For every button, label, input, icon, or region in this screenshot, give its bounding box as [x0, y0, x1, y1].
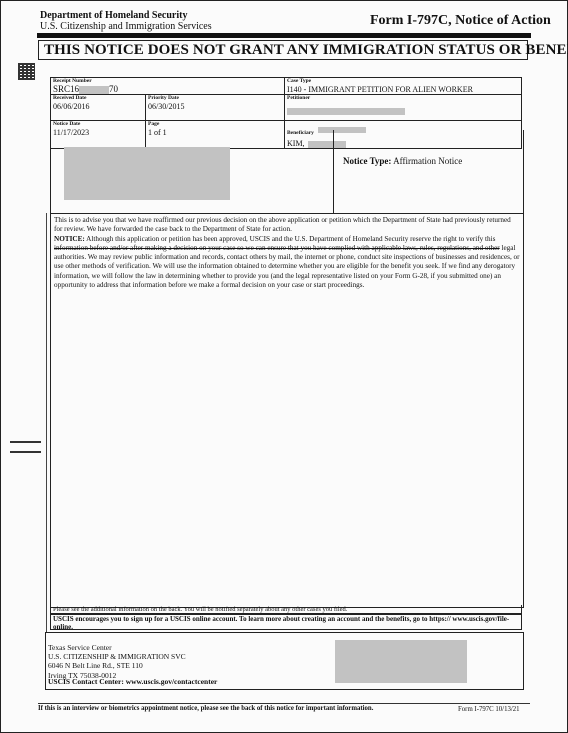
priority-date-cell: Priority Date 06/30/2015: [146, 95, 285, 121]
notice-type-value: Affirmation Notice: [393, 156, 462, 166]
received-date-cell: Received Date 06/06/2016: [51, 95, 146, 121]
notice-body: This is to advise you that we have reaff…: [54, 216, 520, 290]
receipt-number-cell: Receipt Number SRC1670: [51, 78, 285, 95]
box-divider: [333, 130, 334, 213]
barcode-icon: [18, 63, 35, 80]
more-info-note: Please see the additional information on…: [50, 605, 522, 614]
body-paragraph: This is to advise you that we have reaff…: [54, 216, 511, 233]
status-banner: THIS NOTICE DOES NOT GRANT ANY IMMIGRATI…: [38, 40, 528, 60]
form-title: Form I-797C, Notice of Action: [370, 13, 551, 29]
mailing-address-redaction: [64, 147, 230, 200]
redaction: [287, 108, 405, 115]
department-name: Department of Homeland Security: [40, 10, 187, 21]
notice-label: NOTICE:: [54, 235, 85, 243]
contact-center: USCIS Contact Center: www.uscis.gov/cont…: [48, 677, 217, 686]
priority-date: 06/30/2015: [148, 102, 282, 111]
agency-name: U.S. Citizenship and Immigration Service…: [40, 21, 212, 32]
case-type: I140 - IMMIGRANT PETITION FOR ALIEN WORK…: [287, 85, 519, 94]
header-divider-bar: [37, 33, 531, 38]
receipt-number: SRC1670: [53, 85, 282, 94]
received-date: 06/06/2016: [53, 102, 143, 111]
footer-divider: [38, 703, 530, 704]
form-code: Form I-797C 10/13/21: [458, 706, 520, 713]
scan-artifact-line: [46, 213, 47, 633]
redaction: [335, 640, 467, 683]
banner-text: THIS NOTICE DOES NOT GRANT ANY IMMIGRATI…: [44, 42, 568, 59]
notice-type: Notice Type: Affirmation Notice: [343, 156, 462, 166]
fold-mark: [10, 451, 41, 453]
case-type-cell: Case Type I140 - IMMIGRANT PETITION FOR …: [285, 78, 522, 95]
redaction: [79, 86, 109, 94]
appointment-note: If this is an interview or biometrics ap…: [38, 705, 373, 712]
fold-mark: [10, 441, 41, 443]
petitioner-cell: Petitioner: [285, 95, 522, 121]
service-center-address: Texas Service Center U.S. CITIZENSHIP & …: [48, 643, 186, 680]
online-account-note: USCIS encourages you to sign up for a US…: [50, 614, 522, 630]
